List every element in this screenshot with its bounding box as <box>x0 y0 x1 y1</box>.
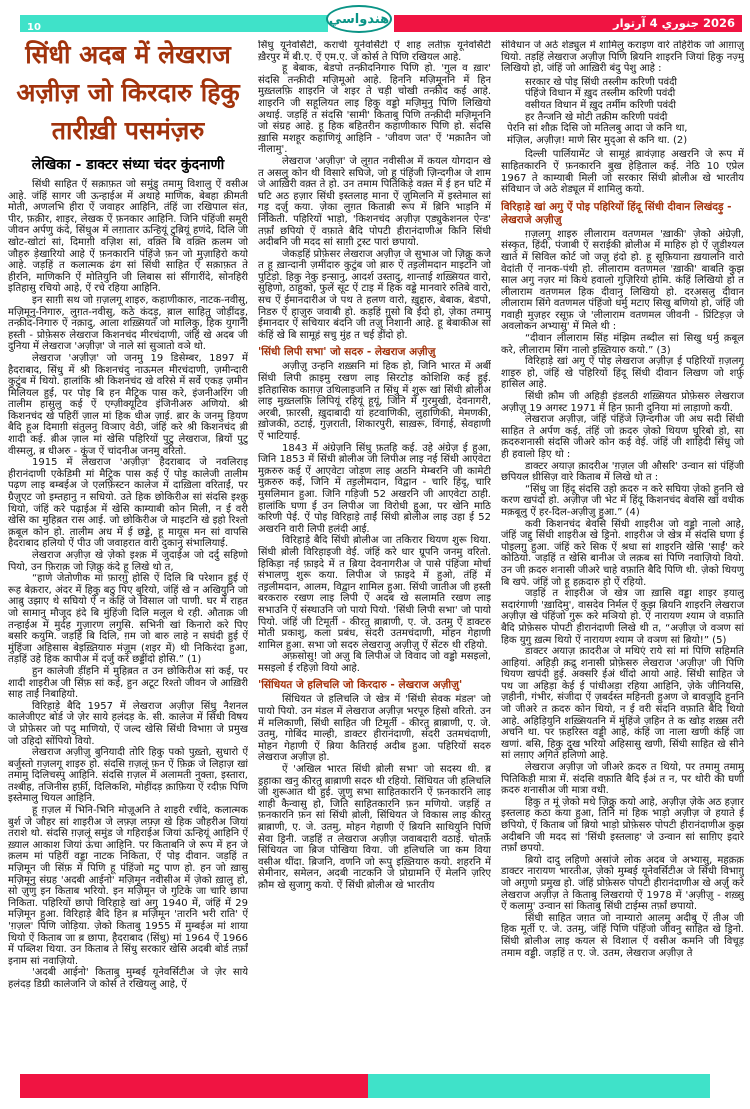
article-paragraph: लेखराज 'अज़ीज़' जे लुग़त नवीसीअ में कयल … <box>258 156 491 249</box>
poem-line: मंज़िल, अज़ीज़! माणे सिर मुद्आ से कनि था… <box>501 135 744 147</box>
section-subheading: 'सिंधियत जे हलिचलि जो किरदारु - लेखराज अ… <box>258 679 491 692</box>
article-paragraph: विरिहाड़े खां अगु ऐं पोइ लेखराज अज़ीज़ ई… <box>501 356 744 391</box>
column-3: संविधान जे अठे शेड्युल में शामिलु कराइण … <box>501 40 744 1068</box>
newspaper-page: 10 هندواسي آرتوار‎ 4 جنوري‎ 2026 सिंधी अ… <box>0 0 750 1109</box>
article-byline: लेखिका - डाक्टर संध्या चंदर कुंदनाणी <box>8 156 248 174</box>
article-paragraph: 'अदबी आईनो' किताबु मुम्बई यूनेवर्सिटीअ ज… <box>8 967 248 990</box>
article-paragraph: इन साग़ी सथ जो ग़ज़लगू शाइरु, कहाणीकारु,… <box>8 295 248 353</box>
masthead-title: هندواسي <box>329 13 389 26</box>
article-paragraph: डाक्टर अयाज़ क़ादरीअ जे मथिएं राये सां म… <box>501 646 744 762</box>
article-paragraph: हू ग़ज़ल में भिनि-भिनि मोज़ूअनि ते शाइरी… <box>8 805 248 967</box>
article-paragraph: सिंधियत जे हलिचलि जे खेत्र में 'सिंधी से… <box>258 694 491 764</box>
article-paragraph: “सिंधु जा हिंदू संदसि उहो क़दरु न करे सघ… <box>501 484 744 519</box>
article-paragraph: ब़ियो दादु लहिणो असांजे लोक अदब जे अभ्या… <box>501 855 744 913</box>
article-paragraph: सिंधी साहित ऐं सक़ाफ़त जो समुंडु तमामु व… <box>8 179 248 295</box>
article-paragraph: कवी किशनचंद बेवसि सिंधी शाइरीअ जो वड्डो … <box>501 519 744 589</box>
article-paragraph: सिंधु यूनेवर्सिटी, कराची यूनेवर्सिटी ऐं … <box>258 40 491 63</box>
article-paragraph: लेखराज अज़ीज़ जो जीअरे क़दरु त थियो, पर … <box>501 762 744 797</box>
poem-stanza: सरकार खे पोइ सिंधी तस्लीम करिणी पवंदीपंह… <box>501 77 744 147</box>
article-paragraph: ऐं 'अखिल भारत सिंधी ब़ोली सभा' जो सदस्य … <box>258 764 491 892</box>
article-paragraph: जड़हिं त शाइरीअ जे खेत्र जा ख़ासि वड्डा … <box>501 588 744 646</box>
article-headline: सिंधी अदब में लेखराज अज़ीज़ जो किरदारु ह… <box>8 36 248 150</box>
article-paragraph: लेखराज अज़ीज़ खे ज़ेको इश्क़ में जुदाईअ … <box>8 550 248 573</box>
article-paragraph: सिंधी साहित जग़त जो नाम्यारो आलमु अदीबु … <box>501 913 744 959</box>
article-paragraph: अफ़सोसु! जो अज़ु बि लिपीअ जे विवाद जो वड… <box>258 651 491 674</box>
footer-red-bar <box>20 1074 368 1098</box>
column-2: सिंधु यूनेवर्सिटी, कराची यूनेवर्सिटी ऐं … <box>258 40 491 1068</box>
article-paragraph: लेखराज 'अज़ीज़' जो जनमु 19 डिसेम्बर, 189… <box>8 353 248 457</box>
article-paragraph: हिकु त मूं ज़ेको मथे ज़िक्रु कयो आहे, अज… <box>501 797 744 855</box>
poem-line: सरकार खे पोइ सिंधी तस्लीम करिणी पवंदी <box>501 77 744 89</box>
article-paragraph: विरिहाड़े बैदि सिंधी ब़ोलीअ जा तकिरार थि… <box>258 535 491 651</box>
article-paragraph: जेकड़हिं प्रोफ़ेसर लेखराज अज़ीज़ जे सुभा… <box>258 249 491 342</box>
section-subheading: 'सिंधी लिपी सभा' जो सदरु - लेखराज अज़ीज़… <box>258 346 491 359</box>
column-1: सिंधी अदब में लेखराज अज़ीज़ जो किरदारु ह… <box>8 36 248 1068</box>
header-red-bar: آرتوار‎ 4 جنوري‎ 2026 <box>394 15 742 32</box>
article-paragraph: डाक्टर अयाज़ क़ादरीअ 'ग़ज़ल जी औसरि' उन्… <box>501 461 744 484</box>
column-1-body: सिंधी साहित ऐं सक़ाफ़त जो समुंडु तमामु व… <box>8 179 248 991</box>
poem-line: पेरनि सां शौक़ दिसि जो मतिलबु आदा जे कनि… <box>501 123 744 135</box>
article-paragraph: सिंधी क़ौम जी अहिड़ी इंडलठी शख़्सियत प्र… <box>501 391 744 414</box>
article-paragraph: ग़ज़लगू शाइरु लीलाराम वतणमल 'ख़ाकी' ज़ेक… <box>501 229 744 333</box>
poem-line: हर तैन्जनि खे मोटी तक्रीम करिणी पवंदी <box>501 112 744 124</box>
header-teal-bar: 10 <box>20 15 328 32</box>
article-paragraph: संविधान जे अठे शेड्युल में शामिलु कराइण … <box>501 40 744 75</box>
section-subheading: विरिहाड़े खां अगु ऐं पोइ पहिरियों हिंदू … <box>501 201 744 227</box>
poem-line: पंहिंजे विधान में ख़ुद तस्लीम करिणी पवंद… <box>501 88 744 100</box>
article-paragraph: दिल्ली पार्लियामेंट जे सामूहं ब़ावंज़ाह … <box>501 149 744 195</box>
page-number: 10 <box>20 19 41 36</box>
article-paragraph: लेखराज अज़ीज़ु बुनियादी तोरि हिकु पको पु… <box>8 747 248 805</box>
masthead-logo: هندواسي <box>326 5 392 33</box>
article-paragraph: “हाणे जेतोणीक मां फ़ारगु़ होसि ऐं दिलि ब… <box>8 573 248 666</box>
article-paragraph: हुन कालेजी ड़ींहनि में मुहिब़त त उन छोकि… <box>8 666 248 701</box>
article-paragraph: 1843 में अंग्रेज़नि सिंधु फ़तहि कई. उहे … <box>258 443 491 536</box>
article-paragraph: अज़ीज़ु उन्हनि शख़्सनि मां हिक हो, जिनि … <box>258 361 491 442</box>
footer-teal-bar <box>368 1074 710 1098</box>
article-paragraph: विरिहाड़े बैदि 1957 में लेखराज अज़ीज़ सि… <box>8 701 248 747</box>
article-paragraph: हू बेबाक, बेडपो तन्क़ीदनिगारु पिणि हो. '… <box>258 63 491 156</box>
edition-date: آرتوار‎ 4 جنوري‎ 2026 <box>613 15 735 32</box>
article-paragraph: लेखराज अज़ीज़, जंहिं पंहिंजे ज़िन्दगीअ ज… <box>501 414 744 460</box>
article-paragraph: 1915 में लेखराज 'अज़ीज़' हैदराबाद जे नवल… <box>8 457 248 550</box>
poem-line: वसीयत विधान में ख़ुद तर्मीम करिणी पवंदी <box>501 100 744 112</box>
article-paragraph: “दीवान लीलाराम सिंह मंझिम तब्दील सां सिख… <box>501 333 744 356</box>
